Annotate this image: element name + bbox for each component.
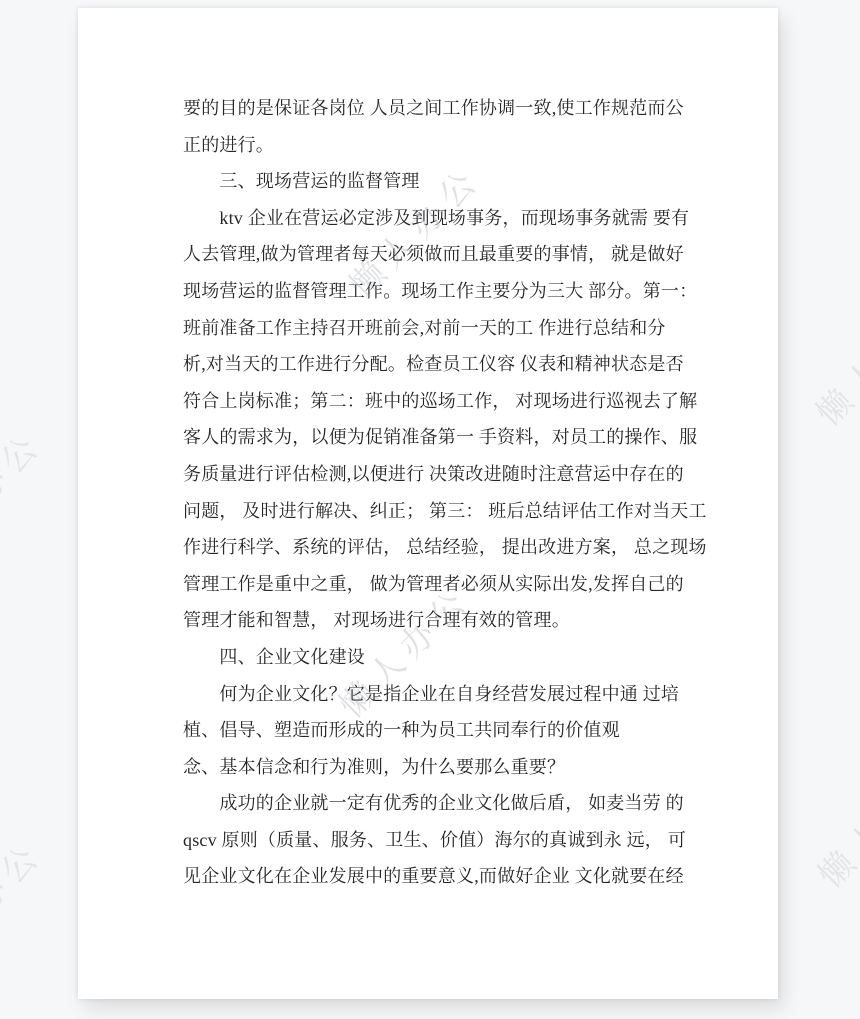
text-line: 植、倡导、塑造而形成的一种为员工共同奉行的价值观 [183,712,703,749]
watermark: 懒人办公 [803,281,860,434]
text-line: 要的目的是保证各岗位 人员之间工作协调一致,使工作规范而公 [183,90,703,127]
page: 懒人办公 懒人办公 要的目的是保证各岗位 人员之间工作协调一致,使工作规范而公正… [78,8,778,999]
text-block: 要的目的是保证各岗位 人员之间工作协调一致,使工作规范而公正的进行。 三、现场营… [183,90,703,895]
text-line: 四、企业文化建设 [183,639,703,676]
text-line: 正的进行。 [183,127,703,164]
text-line: 班前准备工作主持召开班前会,对前一天的工 作进行总结和分 [183,310,703,347]
text-line: 现场营运的监督管理工作。现场工作主要分为三大 部分。第一： [183,273,703,310]
text-line: qscv 原则（质量、服务、卫生、价值）海尔的真诚到永 远， 可 [183,822,703,859]
text-line: 符合上岗标准；第二：班中的巡场工作， 对现场进行巡视去了解 [183,383,703,420]
text-line: 见企业文化在企业发展中的重要意义,而做好企业 文化就要在经 [183,858,703,895]
text-line: 何为企业文化？它是指企业在自身经营发展过程中通 过培 [183,676,703,713]
text-line: 作进行科学、系统的评估， 总结经验， 提出改进方案， 总之现场 [183,529,703,566]
text-line: 成功的企业就一定有优秀的企业文化做后盾， 如麦当劳 的 [183,785,703,822]
text-line: 管理才能和智慧， 对现场进行合理有效的管理。 [183,602,703,639]
watermark: 懒人办公 [0,828,52,981]
text-line: 人去管理,做为管理者每天必须做而且最重要的事情， 就是做好 [183,236,703,273]
document-preview: 懒人办公 懒人办公 懒人办公 懒人办公 懒人办公 懒人办公 要的目的是保证各岗位… [0,0,860,1019]
text-line: 三、现场营运的监督管理 [183,163,703,200]
text-line: 客人的需求为，以便为促销准备第一 手资料，对员工的操作、服 [183,419,703,456]
text-line: 问题， 及时进行解决、纠正； 第三： 班后总结评估工作对当天工 [183,493,703,530]
text-line: 管理工作是重中之重， 做为管理者必须从实际出发,发挥自己的 [183,566,703,603]
watermark: 懒人办公 [0,418,52,571]
text-line: 析,对当天的工作进行分配。检查员工仪容 仪表和精神状态是否 [183,346,703,383]
text-line: 念、基本信念和行为准则，为什么要那么重要？ [183,749,703,786]
watermark: 懒人办公 [805,743,860,896]
text-line: 务质量进行评估检测,以便进行 决策改进随时注意营运中存在的 [183,456,703,493]
text-line: ktv 企业在营运必定涉及到现场事务，而现场事务就需 要有 [183,200,703,237]
